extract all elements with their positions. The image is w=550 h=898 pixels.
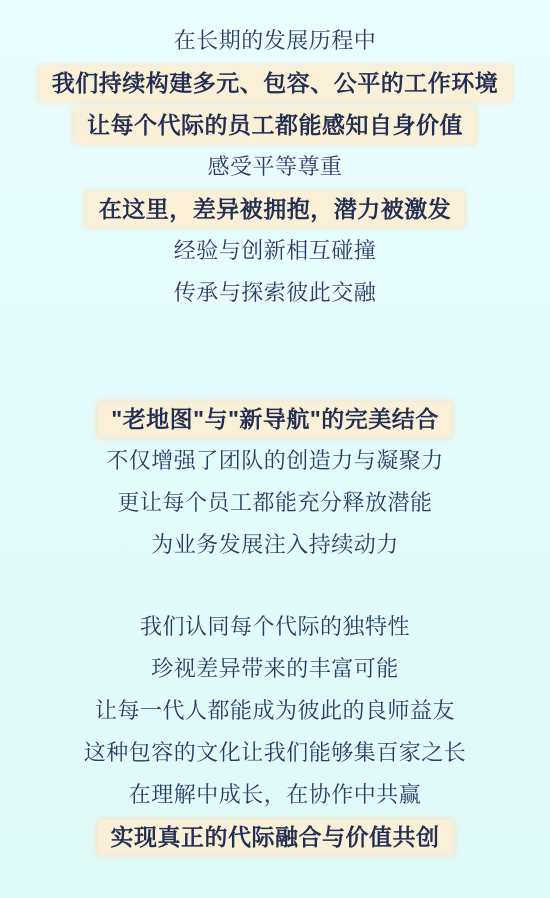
line-text: 我们持续构建多元、包容、公平的工作环境	[39, 66, 512, 101]
line-text: 更让每个员工都能充分释放潜能	[111, 488, 438, 518]
line-text: 经验与创新相互碰撞	[168, 236, 383, 266]
line-text: 在理解中成长，在协作中共赢	[123, 780, 428, 810]
stanza-old-map-new-navigation: "老地图"与"新导航"的完美结合 不仅增强了团队的创造力与凝聚力 更让每个员工都…	[0, 398, 550, 566]
text-line: 珍视差异带来的丰富可能	[145, 648, 405, 690]
text-line: 感受平等尊重	[201, 146, 348, 188]
line-text: 实现真正的代际融合与价值共创	[98, 820, 453, 855]
highlighted-text-line: 在这里，差异被拥抱，潜力被激发	[86, 188, 465, 230]
line-text: 让每个代际的员工都能感知自身价值	[74, 108, 476, 143]
line-text: 感受平等尊重	[201, 152, 348, 182]
line-text: 传承与探索彼此交融	[168, 278, 383, 308]
text-line: 在长期的发展历程中	[168, 20, 383, 62]
highlighted-text-line: 让每个代际的员工都能感知自身价值	[74, 104, 476, 146]
line-text: 为业务发展注入持续动力	[145, 530, 405, 560]
text-line: 让每一代人都能成为彼此的良师益友	[89, 690, 461, 732]
text-line: 为业务发展注入持续动力	[145, 524, 405, 566]
text-line: 传承与探索彼此交融	[168, 272, 383, 314]
stanza-workplace-values: 在长期的发展历程中 我们持续构建多元、包容、公平的工作环境 让每个代际的员工都能…	[0, 20, 550, 314]
line-text: "老地图"与"新导航"的完美结合	[98, 402, 452, 437]
text-line: 这种包容的文化让我们能够集百家之长	[78, 732, 473, 774]
stanza-generational-inclusion: 我们认同每个代际的独特性 珍视差异带来的丰富可能 让每一代人都能成为彼此的良师益…	[0, 606, 550, 858]
text-line: 经验与创新相互碰撞	[168, 230, 383, 272]
text-line: 更让每个员工都能充分释放潜能	[111, 482, 438, 524]
line-text: 这种包容的文化让我们能够集百家之长	[78, 738, 473, 768]
text-line: 我们认同每个代际的独特性	[134, 606, 416, 648]
line-text: 我们认同每个代际的独特性	[134, 612, 416, 642]
line-text: 在长期的发展历程中	[168, 26, 383, 56]
text-line: 在理解中成长，在协作中共赢	[123, 774, 428, 816]
line-text: 珍视差异带来的丰富可能	[145, 654, 405, 684]
highlighted-text-line: 我们持续构建多元、包容、公平的工作环境	[39, 62, 512, 104]
poster: 在长期的发展历程中 我们持续构建多元、包容、公平的工作环境 让每个代际的员工都能…	[0, 0, 550, 898]
line-text: 在这里，差异被拥抱，潜力被激发	[86, 192, 465, 227]
highlighted-text-line: "老地图"与"新导航"的完美结合	[98, 398, 452, 440]
highlighted-text-line: 实现真正的代际融合与价值共创	[98, 816, 453, 858]
text-line: 不仅增强了团队的创造力与凝聚力	[100, 440, 450, 482]
line-text: 不仅增强了团队的创造力与凝聚力	[100, 446, 450, 476]
line-text: 让每一代人都能成为彼此的良师益友	[89, 696, 461, 726]
